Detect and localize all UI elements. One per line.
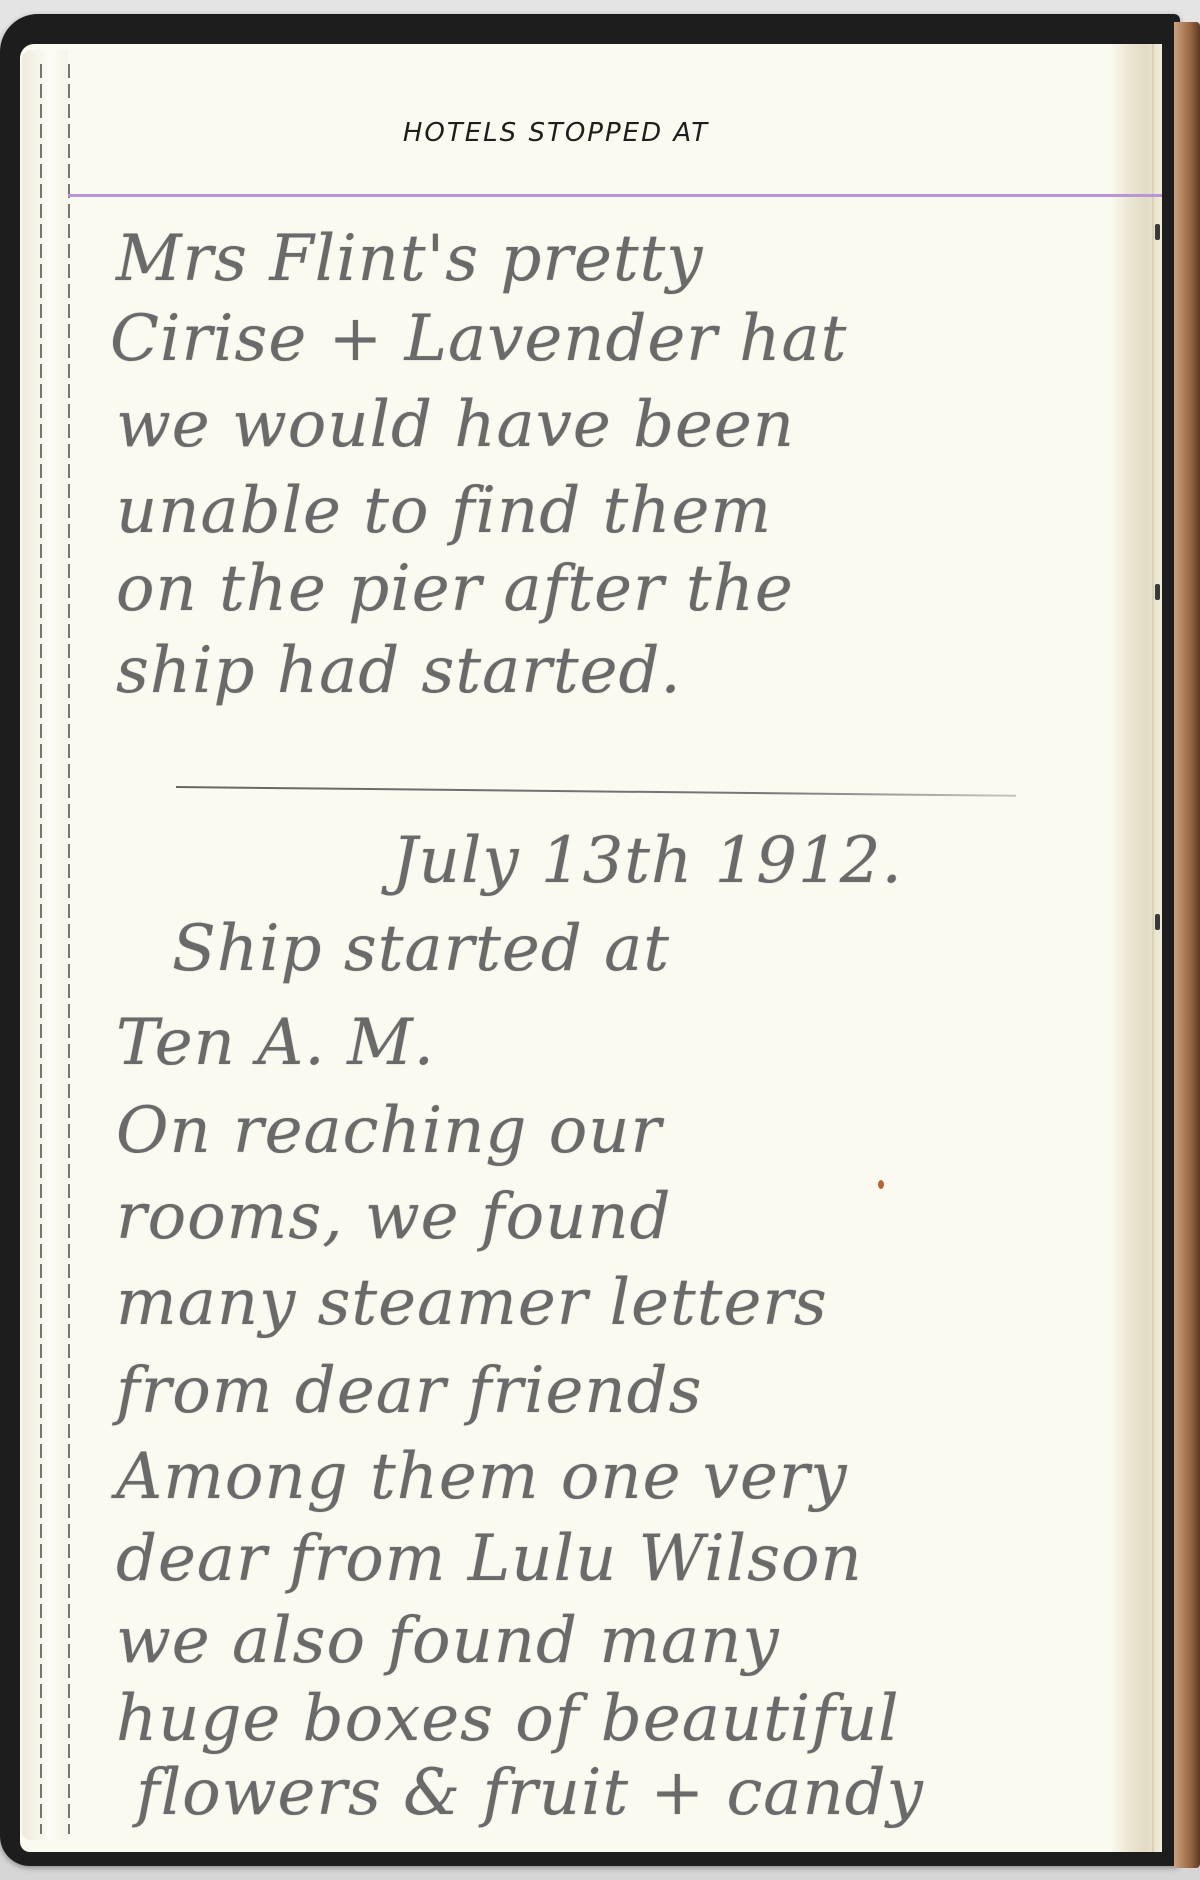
edge-mark: [1155, 224, 1160, 240]
page-gutter: [22, 50, 68, 1840]
entry-date: July 13th 1912.: [392, 824, 903, 898]
handwritten-line: on the pier after the: [116, 552, 794, 626]
header-rule: [68, 194, 1162, 197]
handwritten-line: huge boxes of beautiful: [116, 1682, 900, 1756]
gutter-line-inner: [68, 64, 70, 1834]
handwritten-line: Ship started at: [172, 912, 670, 986]
cover-page-edges: [1174, 22, 1200, 1868]
handwritten-line: rooms, we found: [116, 1180, 672, 1254]
handwritten-line: we would have been: [116, 388, 795, 462]
diary-page: HOTELS STOPPED AT Mrs Flint's pretty Cir…: [20, 44, 1162, 1852]
handwritten-line: On reaching our: [116, 1094, 662, 1168]
handwritten-line: Cirise + Lavender hat: [110, 302, 847, 376]
entry-divider-line: [176, 786, 1016, 797]
handwritten-line: Mrs Flint's pretty: [116, 222, 703, 296]
page-header: HOTELS STOPPED AT: [20, 118, 1162, 148]
ink-spot: [878, 1180, 884, 1189]
page-edge-shading: [1110, 44, 1162, 1852]
handwritten-line: many steamer letters: [116, 1266, 828, 1340]
edge-mark: [1155, 584, 1160, 600]
handwritten-line: from dear friends: [116, 1354, 702, 1428]
handwritten-line: unable to find them: [116, 474, 772, 548]
page-edge-line: [1152, 44, 1154, 1852]
edge-mark: [1155, 914, 1160, 930]
handwritten-line: Among them one very: [116, 1440, 848, 1514]
handwritten-line: dear from Lulu Wilson: [116, 1522, 863, 1596]
handwritten-line: flowers & fruit + candy: [136, 1756, 924, 1830]
handwritten-line: Ten A. M.: [116, 1006, 435, 1080]
handwritten-line: we also found many: [116, 1604, 780, 1678]
handwritten-line: ship had started.: [116, 634, 682, 708]
gutter-line-outer: [40, 64, 42, 1834]
